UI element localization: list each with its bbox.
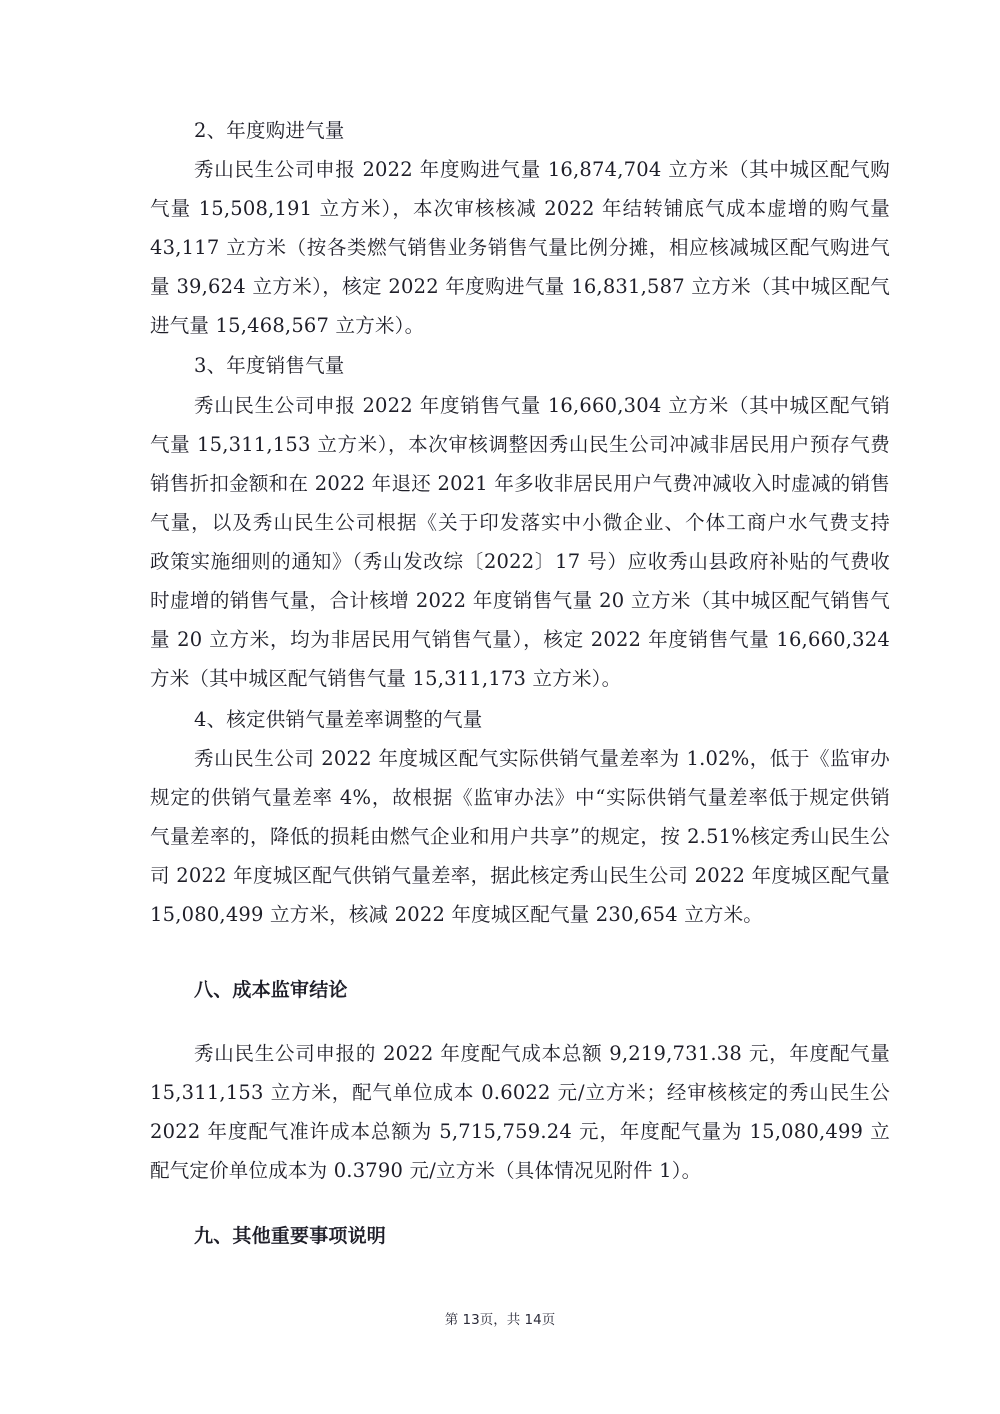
section-heading-loss-rate-adjustment: 4、核定供销气量差率调整的气量	[194, 708, 934, 732]
paragraph-line: 15,080,499 立方米，核减 2022 年度城区配气量 230,654 立…	[150, 903, 890, 927]
paragraph-line: 销售折扣金额和在 2022 年退还 2021 年多收非居民用户气费冲减收入时虚减…	[150, 472, 890, 496]
paragraph-line: 规定的供销气量差率 4%，故根据《监审办法》中“实际供销气量差率低于规定供销	[150, 786, 890, 810]
paragraph-line: 司 2022 年度城区配气供销气量差率，据此核定秀山民生公司 2022 年度城区…	[150, 864, 890, 888]
paragraph-line: 气量，以及秀山民生公司根据《关于印发落实中小微企业、个体工商户水气费支持	[150, 511, 890, 535]
paragraph-line: 量 39,624 立方米），核定 2022 年度购进气量 16,831,587 …	[150, 275, 890, 299]
paragraph-line: 气量 15,508,191 立方米），本次审核核减 2022 年结转铺底气成本虚…	[150, 197, 890, 221]
chapter-heading-other-matters: 九、其他重要事项说明	[194, 1224, 934, 1248]
paragraph-line: 气量 15,311,153 立方米），本次审核调整因秀山民生公司冲减非居民用户预…	[150, 433, 890, 457]
paragraph-line: 15,311,153 立方米，配气单位成本 0.6022 元/立方米；经审核核定…	[150, 1081, 890, 1105]
paragraph-line: 进气量 15,468,567 立方米）。	[150, 314, 890, 338]
paragraph-line: 方米（其中城区配气销售气量 15,311,173 立方米）。	[150, 667, 890, 691]
paragraph-line: 配气定价单位成本为 0.3790 元/立方米（具体情况见附件 1）。	[150, 1159, 890, 1183]
paragraph-line: 气量差率的，降低的损耗由燃气企业和用户共享”的规定，按 2.51%核定秀山民生公	[150, 825, 890, 849]
paragraph-line: 政策实施细则的通知》（秀山发改综〔2022〕17 号）应收秀山县政府补贴的气费收…	[150, 550, 890, 574]
paragraph-line: 秀山民生公司申报 2022 年度购进气量 16,874,704 立方米（其中城区…	[194, 158, 890, 182]
paragraph-line: 量 20 立方米，均为非居民用气销售气量），核定 2022 年度销售气量 16,…	[150, 628, 890, 652]
paragraph-line: 秀山民生公司 2022 年度城区配气实际供销气量差率为 1.02%，低于《监审办…	[194, 747, 890, 771]
chapter-heading-audit-conclusion: 八、成本监审结论	[194, 978, 934, 1002]
section-heading-purchase-volume: 2、年度购进气量	[194, 119, 934, 143]
paragraph-line: 秀山民生公司申报 2022 年度销售气量 16,660,304 立方米（其中城区…	[194, 394, 890, 418]
paragraph-line: 秀山民生公司申报的 2022 年度配气成本总额 9,219,731.38 元，年…	[194, 1042, 890, 1066]
paragraph-line: 2022 年度配气准许成本总额为 5,715,759.24 元，年度配气量为 1…	[150, 1120, 890, 1144]
page-number-footer: 第 13页，共 14页	[0, 1308, 1000, 1328]
section-heading-sales-volume: 3、年度销售气量	[194, 354, 934, 378]
document-page: 2、年度购进气量 秀山民生公司申报 2022 年度购进气量 16,874,704…	[0, 0, 1000, 1414]
paragraph-line: 时虚增的销售气量，合计核增 2022 年度销售气量 20 立方米（其中城区配气销…	[150, 589, 890, 613]
paragraph-line: 43,117 立方米（按各类燃气销售业务销售气量比例分摊，相应核减城区配气购进气	[150, 236, 890, 260]
